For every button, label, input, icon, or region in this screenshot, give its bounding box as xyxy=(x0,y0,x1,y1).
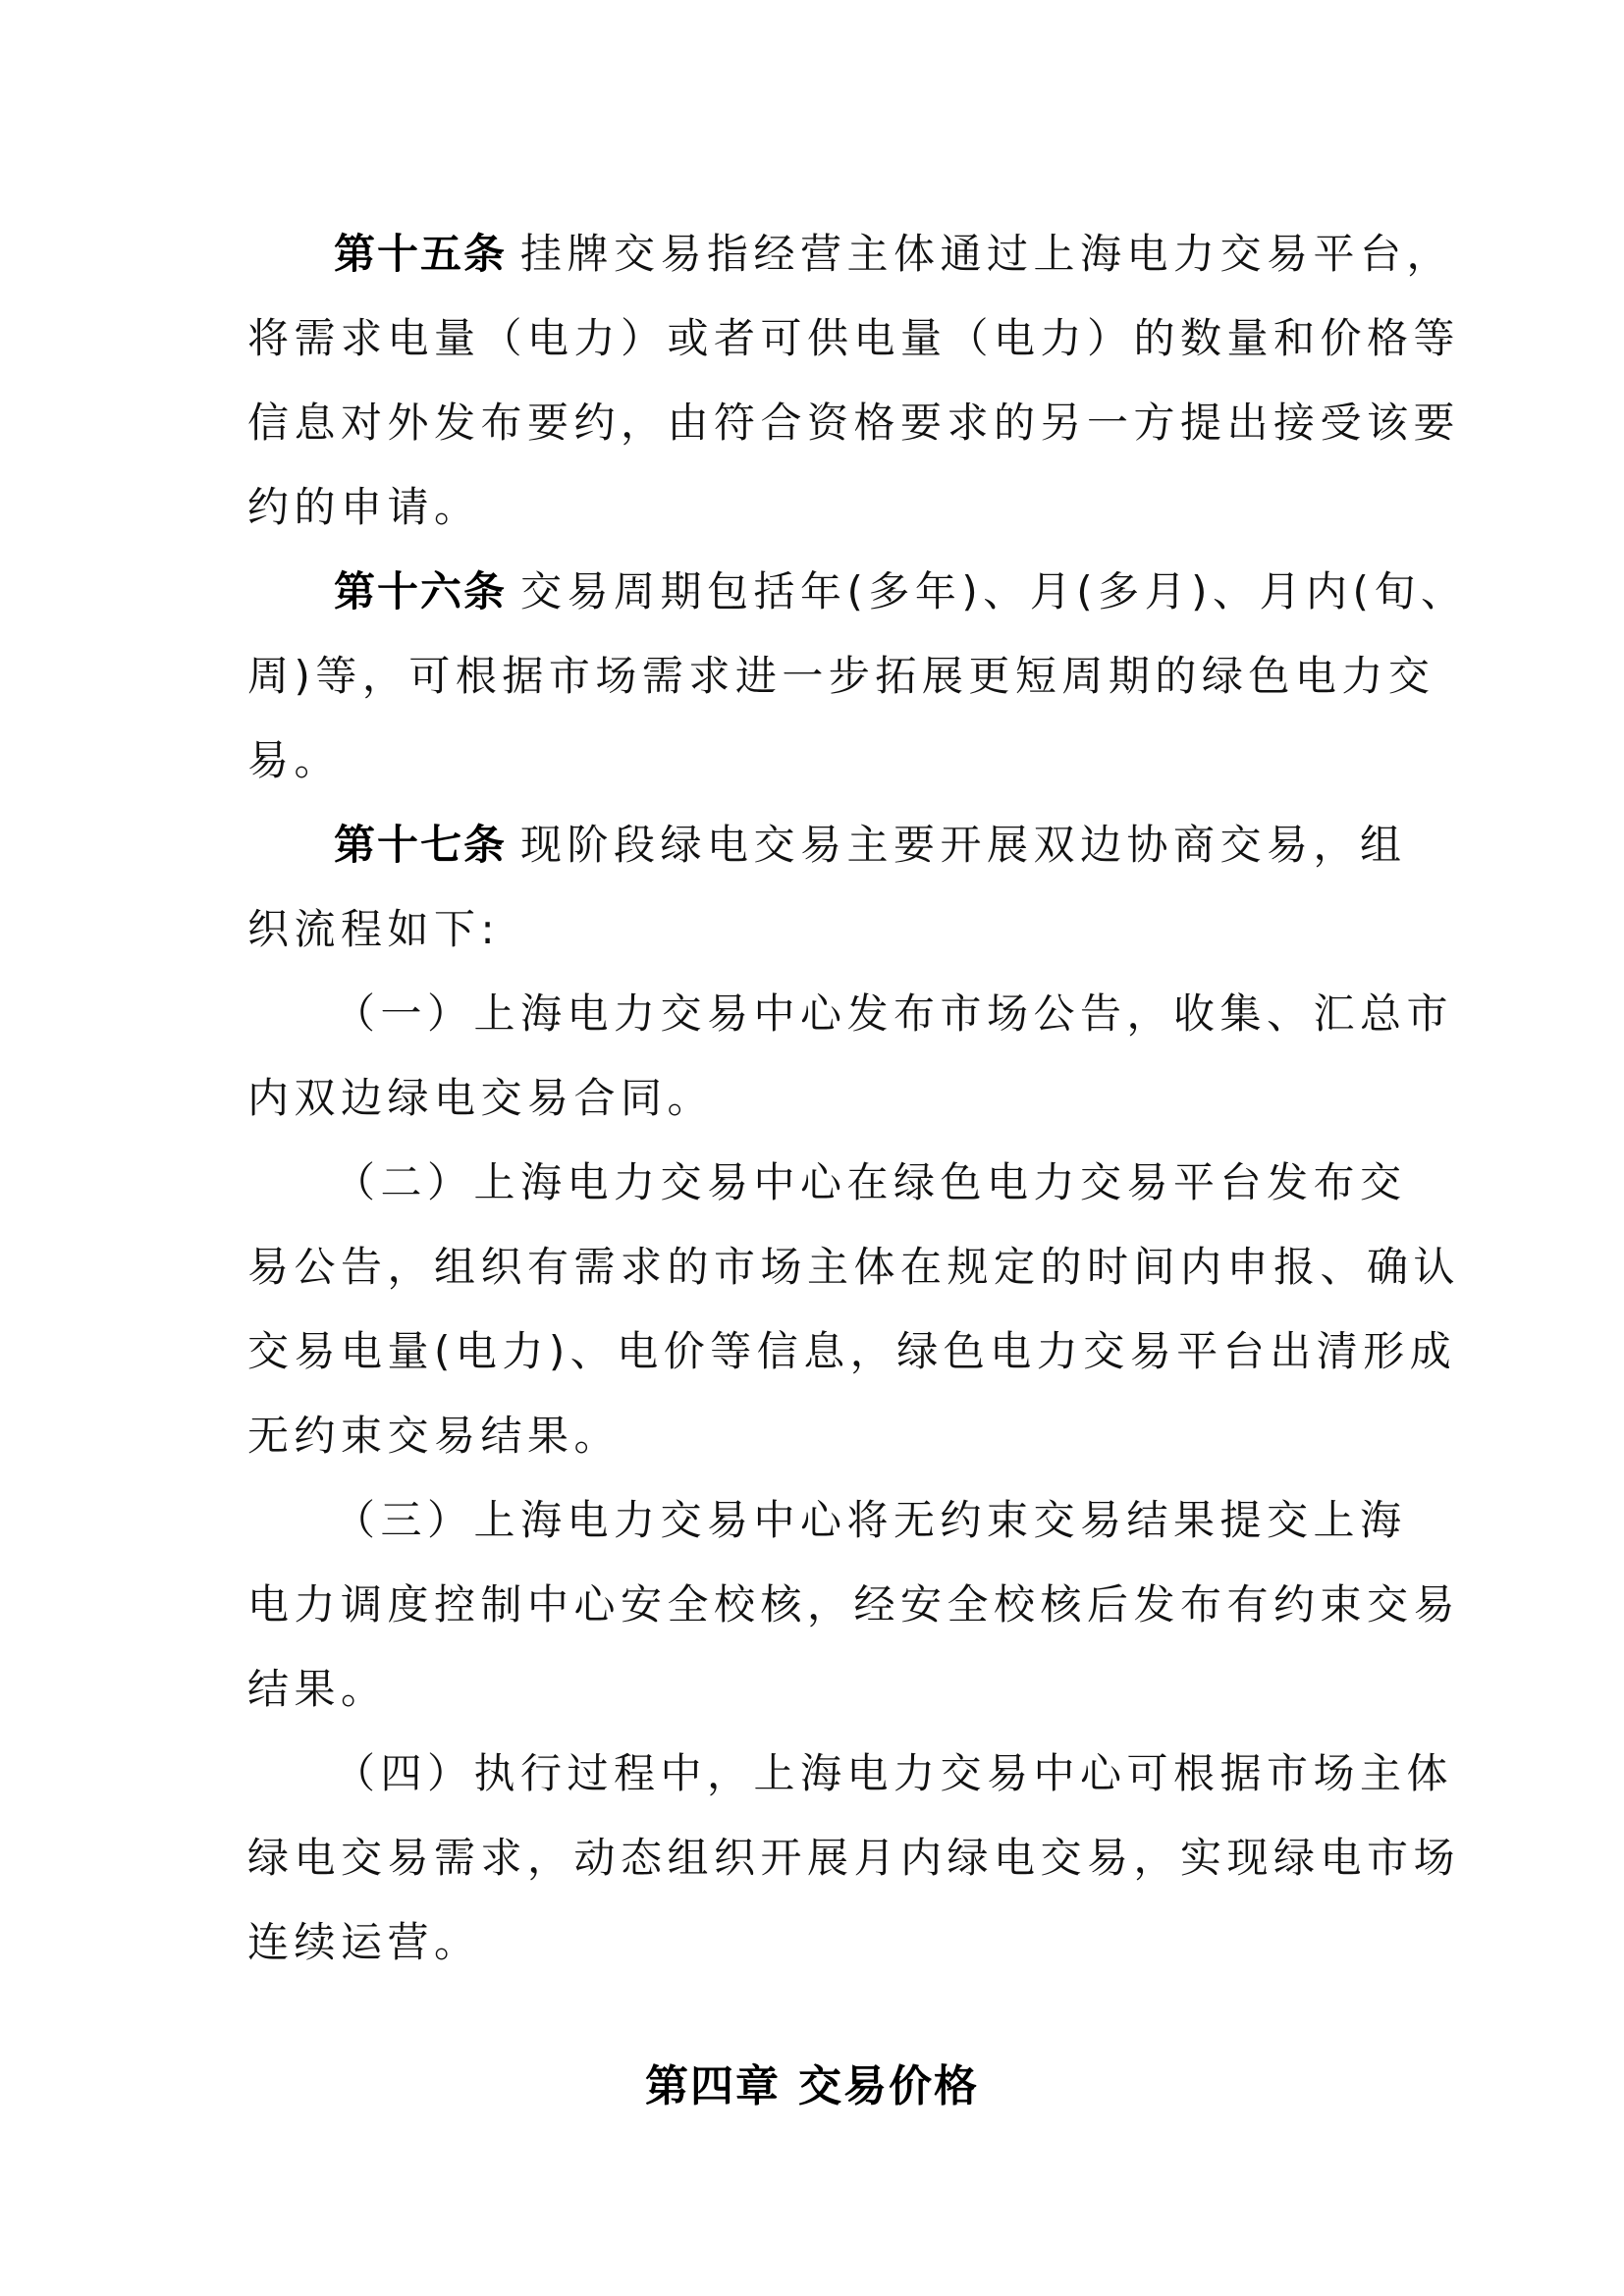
article-15-line-4: 约的申请。 xyxy=(247,478,1386,537)
list-item-2-line-3: 交易电量(电力)、电价等信息，绿色电力交易平台出清形成 xyxy=(247,1322,1386,1381)
chapter-number: 第四章 xyxy=(645,2061,781,2111)
article-16-line-1: 第十六条交易周期包括年(多年)、月(多月)、月内(旬、 xyxy=(334,562,1386,621)
list-item-4-line-2: 绿电交易需求，动态组织开展月内绿电交易，实现绿电市场 xyxy=(247,1829,1386,1888)
chapter-heading: 第四章交易价格 xyxy=(0,2057,1624,2116)
list-item-4-line-3: 连续运营。 xyxy=(247,1913,1386,1972)
paragraph-text: 挂牌交易指经营主体通过上海电力交易平台， xyxy=(520,230,1453,278)
list-item-2-line-2: 易公告，组织有需求的市场主体在规定的时间内申报、确认 xyxy=(247,1238,1386,1297)
list-item-4-line-1: （四）执行过程中，上海电力交易中心可根据市场主体 xyxy=(334,1744,1386,1803)
document-page: 第十五条挂牌交易指经营主体通过上海电力交易平台， 将需求电量（电力）或者可供电量… xyxy=(0,0,1624,2296)
article-15-line-1: 第十五条挂牌交易指经营主体通过上海电力交易平台， xyxy=(334,225,1386,284)
article-label: 第十五条 xyxy=(334,230,507,278)
list-item-1-line-1: （一）上海电力交易中心发布市场公告，收集、汇总市 xyxy=(334,985,1386,1043)
list-item-3-line-1: （三）上海电力交易中心将无约束交易结果提交上海 xyxy=(334,1491,1386,1550)
list-item-2-line-1: （二）上海电力交易中心在绿色电力交易平台发布交 xyxy=(334,1153,1386,1212)
list-item-3-line-2: 电力调度控制中心安全校核，经安全校核后发布有约束交易 xyxy=(247,1575,1386,1634)
article-16-line-3: 易。 xyxy=(247,731,1386,790)
article-16-line-2: 周)等，可根据市场需求进一步拓展更短周期的绿色电力交 xyxy=(247,647,1386,706)
list-item-2-line-4: 无约束交易结果。 xyxy=(247,1407,1386,1466)
paragraph-text: 现阶段绿电交易主要开展双边协商交易，组 xyxy=(520,821,1407,869)
article-17-line-1: 第十七条现阶段绿电交易主要开展双边协商交易，组 xyxy=(334,816,1386,875)
list-item-3-line-3: 结果。 xyxy=(247,1660,1386,1719)
list-item-1-line-2: 内双边绿电交易合同。 xyxy=(247,1069,1386,1128)
article-15-line-3: 信息对外发布要约，由符合资格要求的另一方提出接受该要 xyxy=(247,394,1386,453)
article-label: 第十七条 xyxy=(334,821,507,869)
chapter-title: 交易价格 xyxy=(798,2061,979,2111)
article-label: 第十六条 xyxy=(334,567,507,615)
article-15-line-2: 将需求电量（电力）或者可供电量（电力）的数量和价格等 xyxy=(247,309,1386,368)
paragraph-text: 交易周期包括年(多年)、月(多月)、月内(旬、 xyxy=(520,567,1467,615)
article-17-line-2: 织流程如下: xyxy=(247,900,1386,959)
